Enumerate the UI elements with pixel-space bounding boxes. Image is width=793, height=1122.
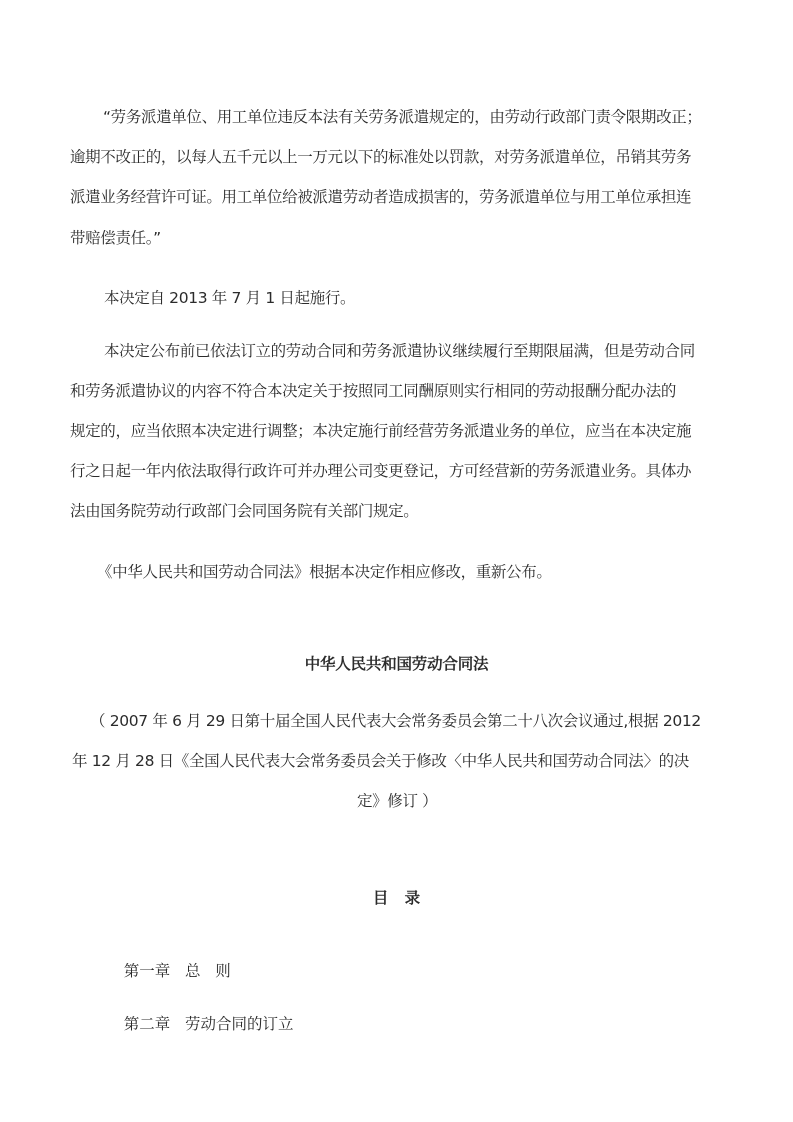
law-title: 中华人民共和国劳动合同法 xyxy=(0,654,793,674)
toc-chapter-title: 劳动合同的订立 xyxy=(185,1015,294,1033)
text-line: 年 12 月 28 日《全国人民代表大会常务委员会关于修改〈中华人民共和国劳动合… xyxy=(72,751,689,771)
text-line: 行之日起一年内依法取得行政许可并办理公司变更登记，方可经营新的劳务派遣业务。具体… xyxy=(70,461,691,481)
text-line: （ 2007 年 6 月 29 日第十届全国人民代表大会常务委员会第二十八次会议… xyxy=(90,711,701,731)
text-line: 派遣业务经营许可证。用工单位给被派遣劳动者造成损害的，劳务派遣单位与用工单位承担… xyxy=(70,187,691,207)
toc-chapter-number: 第一章 xyxy=(124,962,171,980)
toc-item-chapter-2[interactable]: 第二章 劳动合同的订立 xyxy=(104,994,294,1054)
text-line: 规定的，应当依照本决定进行调整；本决定施行前经营劳务派遣业务的单位，应当在本决定… xyxy=(70,421,691,441)
document-page: “劳务派遣单位、用工单位违反本法有关劳务派遣规定的，由劳动行政部门责令限期改正；… xyxy=(0,0,793,1122)
text-line: 和劳务派遣协议的内容不符合本决定关于按照同工同酬原则实行相同的劳动报酬分配办法的 xyxy=(70,381,676,401)
text-line: 逾期不改正的，以每人五千元以上一万元以下的标准处以罚款，对劳务派遣单位，吊销其劳… xyxy=(70,147,691,167)
text-line: 定》修订 ） xyxy=(357,791,437,811)
text-line: 本决定公布前已依法订立的劳动合同和劳务派遣协议继续履行至期限届满，但是劳动合同 xyxy=(104,341,695,361)
republish-paragraph: 《中华人民共和国劳动合同法》根据本决定作相应修改，重新公布。 xyxy=(97,562,552,582)
text-line: 带赔偿责任。” xyxy=(70,228,161,248)
toc-chapter-number: 第二章 xyxy=(124,1015,171,1033)
toc-chapter-title: 总 则 xyxy=(185,962,231,980)
effective-date-paragraph: 本决定自 2013 年 7 月 1 日起施行。 xyxy=(104,288,355,308)
toc-heading: 目 录 xyxy=(0,888,793,908)
text-line: 法由国务院劳动行政部门会同国务院有关部门规定。 xyxy=(70,501,418,521)
text-line: “劳务派遣单位、用工单位违反本法有关劳务派遣规定的，由劳动行政部门责令限期改正； xyxy=(103,107,702,127)
toc-item-chapter-1[interactable]: 第一章 总 则 xyxy=(104,941,231,1001)
